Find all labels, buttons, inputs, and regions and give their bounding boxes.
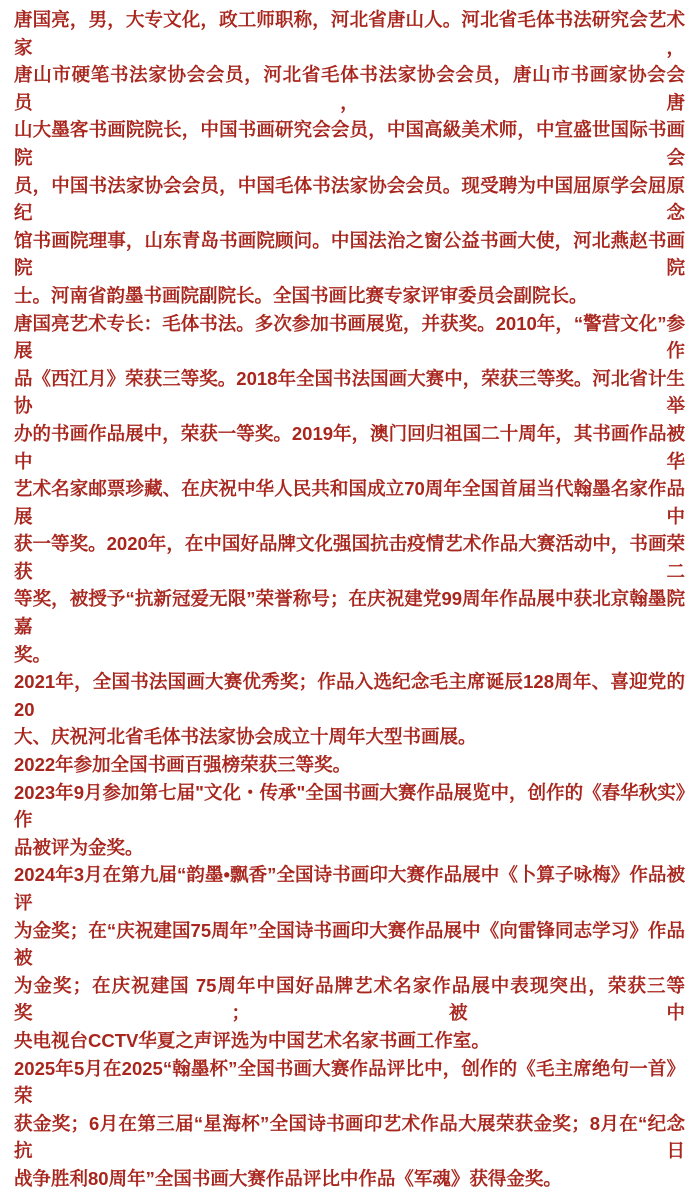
text-line: 山大墨客书画院院长，中国书画研究会会员，中国高級美术师，中宣盛世国际书画院会 (14, 116, 685, 171)
text-line: 唐国亮，男，大专文化，政工师职称，河北省唐山人。河北省毛体书法研究会艺术家， (14, 6, 685, 61)
text-line: 办的书画作品展中，荣获一等奖。2019年，澳门回归祖国二十周年，其书画作品被中华 (14, 420, 685, 475)
text-line: 馆书画院理事，山东青岛书画院顾问。中国法治之窗公益书画大使，河北燕赵书画院院 (14, 227, 685, 282)
text-line: 2021年，全国书法国画大赛优秀奖；作品入选纪念毛主席诞辰128周年、喜迎党的2… (14, 668, 685, 712)
text-line: 品《西江月》荣获三等奖。2018年全国书法国画大赛中，荣获三等奖。河北省计生协举 (14, 365, 685, 420)
text-line: 奖。 (14, 641, 685, 669)
text-line: 等奖，被授予“抗新冠爱无限”荣誉称号；在庆祝建党99周年作品展中获北京翰墨院嘉 (14, 585, 685, 640)
text-line: 唐国亮艺术专长：毛体书法。多次参加书画展览，并获奖。2010年，“警营文化”参展… (14, 310, 685, 365)
text-line: 唐山市硬笔书法家协会会员，河北省毛体书法家协会会员，唐山市书画家协会会员，唐 (14, 61, 685, 116)
text-line: 员，中国书法家协会会员，中国毛体书法家协会会员。现受聘为中国屈原学会屈原纪念 (14, 172, 685, 227)
text-line: 士。河南省韵墨书画院副院长。全国书画比赛专家评审委员会副院长。 (14, 282, 685, 310)
text-line: 艺术名家邮票珍藏、在庆祝中华人民共和国成立70周年全国首届当代翰墨名家作品展中 (14, 475, 685, 530)
document-body: 唐国亮，男，大专文化，政工师职称，河北省唐山人。河北省毛体书法研究会艺术家，唐山… (14, 6, 685, 712)
text-line: 获一等奖。2020年，在中国好品牌文化强国抗击疫情艺术作品大赛活动中，书画荣获二 (14, 530, 685, 585)
